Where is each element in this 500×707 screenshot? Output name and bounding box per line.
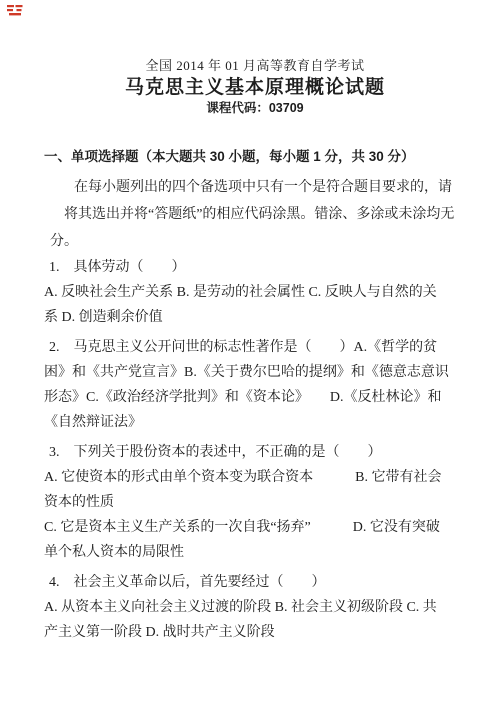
instruction-line: 将其选出并将“答题纸”的相应代码涂黑。错涂、多涂或未涂均无: [44, 201, 466, 228]
question-block: 1. 具体劳动（ ）A. 反映社会生产关系 B. 是劳动的社会属性 C. 反映人…: [44, 255, 466, 330]
question-stem-line: 4. 社会主义革命以后，首先要经过（ ）: [44, 570, 466, 595]
question-stem-line: 3. 下列关于股份资本的表述中，不正确的是（ ）: [44, 440, 466, 465]
section-heading: 一、单项选择题（本大题共 30 小题，每小题 1 分，共 30 分）: [44, 147, 466, 167]
instruction-line: 分。: [44, 228, 466, 255]
question-stem-line: 1. 具体劳动（ ）: [44, 255, 466, 280]
paper-body: 一、单项选择题（本大题共 30 小题，每小题 1 分，共 30 分） 在每小题列…: [44, 147, 466, 645]
question-option-line: 单个私人资本的局限性: [44, 540, 466, 565]
question-option-line: C. 它是资本主义生产关系的一次自我“扬弃” D. 它没有突破: [44, 515, 466, 540]
question-option-line: 资本的性质: [44, 490, 466, 515]
question-option-line: 系 D. 创造剩余价值: [44, 305, 466, 330]
course-code: 课程代码：03709: [44, 100, 466, 117]
question-block: 4. 社会主义革命以后，首先要经过（ ）A. 从资本主义向社会主义过渡的阶段 B…: [44, 570, 466, 645]
section-instructions: 在每小题列出的四个备选项中只有一个是符合题目要求的，请将其选出并将“答题纸”的相…: [44, 174, 466, 255]
question-option-line: A. 反映社会生产关系 B. 是劳动的社会属性 C. 反映人与自然的关: [44, 280, 466, 305]
exam-session-line: 全国 2014 年 01 月高等教育自学考试: [44, 56, 466, 75]
question-option-line: 形态》C.《政治经济学批判》和《资本论》 D.《反杜林论》和: [44, 385, 466, 410]
paper-title: 马克思主义基本原理概论试题: [44, 75, 466, 100]
question-list: 1. 具体劳动（ ）A. 反映社会生产关系 B. 是劳动的社会属性 C. 反映人…: [44, 255, 466, 645]
red-stamp-icon: [6, 4, 24, 18]
paper-header: 全国 2014 年 01 月高等教育自学考试 马克思主义基本原理概论试题 课程代…: [44, 56, 466, 117]
question-option-line: 产主义第一阶段 D. 战时共产主义阶段: [44, 620, 466, 645]
exam-paper: 全国 2014 年 01 月高等教育自学考试 马克思主义基本原理概论试题 课程代…: [0, 0, 500, 707]
question-option-line: 《自然辩证法》: [44, 410, 466, 435]
question-option-line: A. 它使资本的形式由单个资本变为联合资本 B. 它带有社会: [44, 465, 466, 490]
question-block: 3. 下列关于股份资本的表述中，不正确的是（ ）A. 它使资本的形式由单个资本变…: [44, 440, 466, 565]
question-option-line: A. 从资本主义向社会主义过渡的阶段 B. 社会主义初级阶段 C. 共: [44, 595, 466, 620]
instruction-line: 在每小题列出的四个备选项中只有一个是符合题目要求的，请: [44, 174, 466, 201]
question-stem-line: 2. 马克思主义公开问世的标志性著作是（ ）A.《哲学的贫: [44, 335, 466, 360]
question-block: 2. 马克思主义公开问世的标志性著作是（ ）A.《哲学的贫困》和《共产党宣言》B…: [44, 335, 466, 435]
question-option-line: 困》和《共产党宣言》B.《关于费尔巴哈的提纲》和《德意志意识: [44, 360, 466, 385]
